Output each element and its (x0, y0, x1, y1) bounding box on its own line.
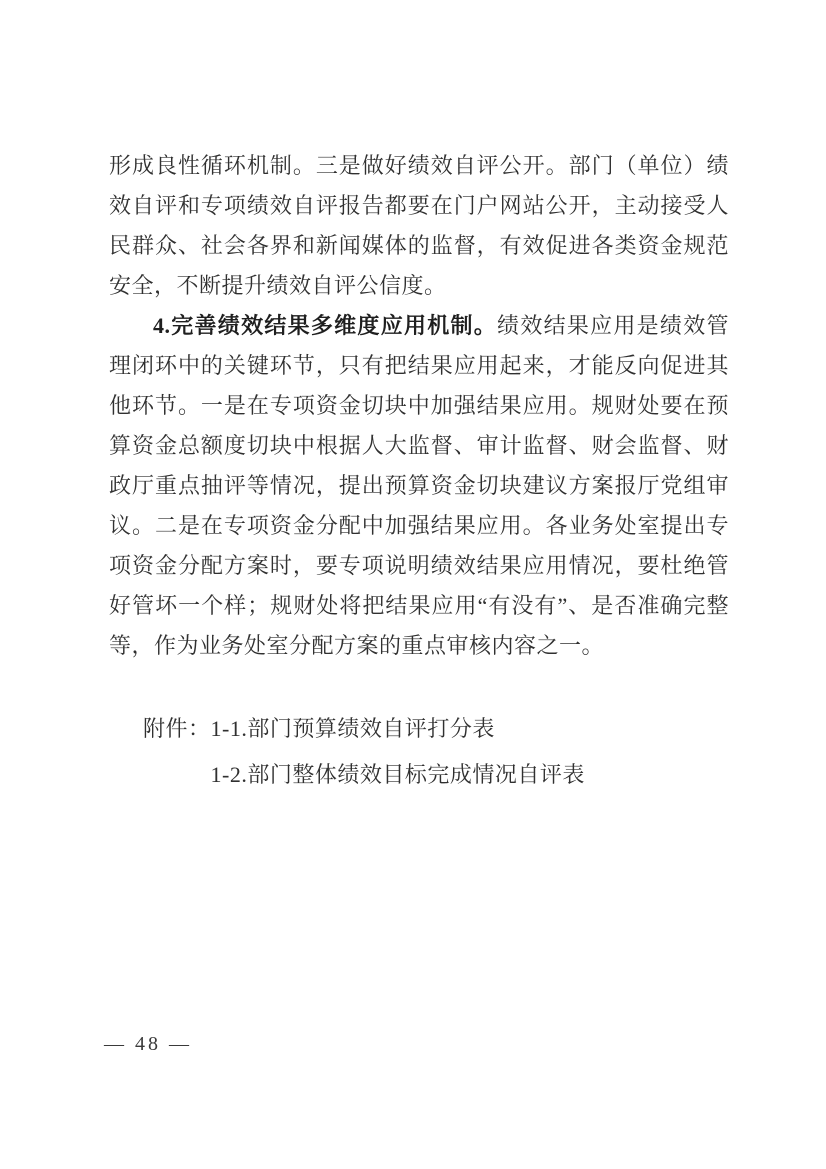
document-page: 形成良性循环机制。三是做好绩效自评公开。部门（单位）绩效自评和专项绩效自评报告都… (0, 0, 826, 1169)
body-paragraph-1: 形成良性循环机制。三是做好绩效自评公开。部门（单位）绩效自评和专项绩效自评报告都… (109, 146, 729, 306)
attachment-block: 附件： 1-1.部门预算绩效自评打分表 1-2.部门整体绩效目标完成情况自评表 (143, 706, 729, 798)
body-paragraph-2: 4.完善绩效结果多维度应用机制。绩效结果应用是绩效管理闭环中的关键环节，只有把结… (109, 306, 729, 666)
attachment-item-2: 1-2.部门整体绩效目标完成情况自评表 (211, 752, 585, 798)
page-number: — 48 — (104, 1031, 192, 1057)
paragraph-2-bold-heading: 4.完善绩效结果多维度应用机制。 (153, 313, 497, 338)
document-body: 形成良性循环机制。三是做好绩效自评公开。部门（单位）绩效自评和专项绩效自评报告都… (109, 146, 729, 798)
attachment-list: 1-1.部门预算绩效自评打分表 1-2.部门整体绩效目标完成情况自评表 (211, 706, 585, 798)
attachment-item-1: 1-1.部门预算绩效自评打分表 (211, 706, 585, 752)
attachment-label: 附件： (143, 706, 211, 752)
paragraph-2-text: 绩效结果应用是绩效管理闭环中的关键环节，只有把结果应用起来，才能反向促进其他环节… (109, 313, 729, 658)
